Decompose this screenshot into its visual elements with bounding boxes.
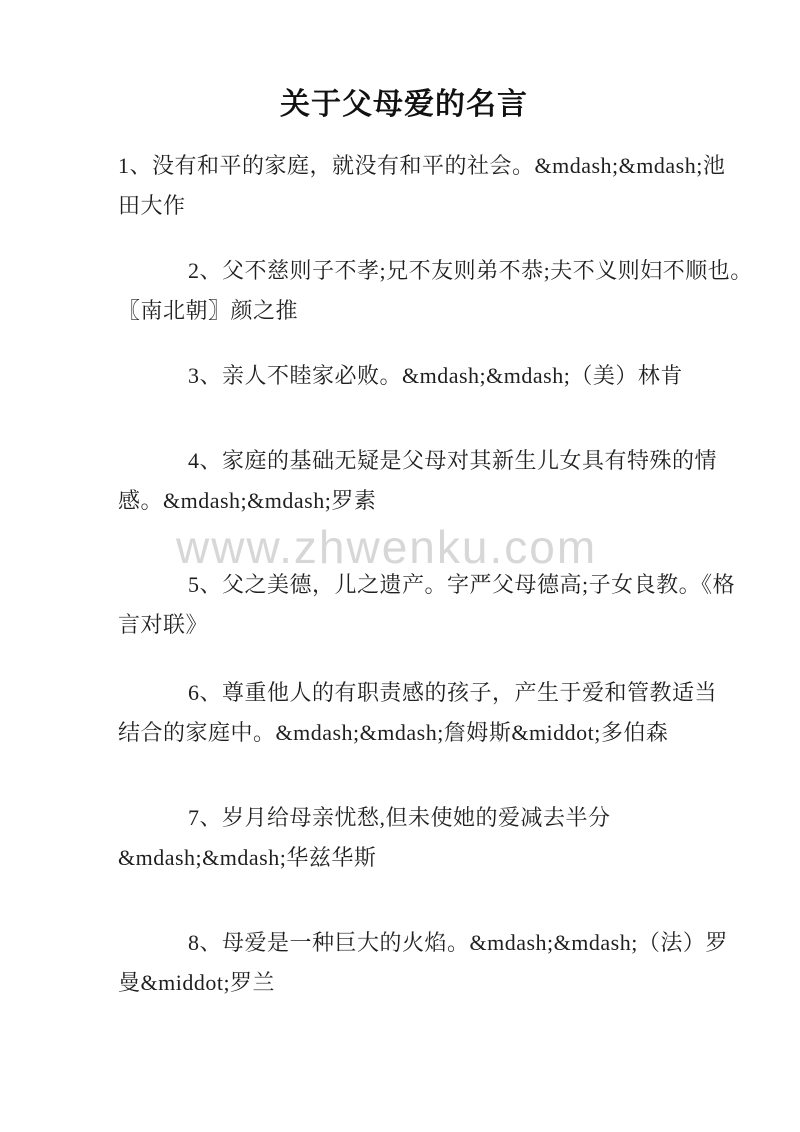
quote-line: 感。&mdash;&mdash;罗素 [118,481,690,521]
quote-line: 5、父之美德，儿之遗产。字严父母德高;子女良教。《格 [118,565,690,605]
quote-line: 7、岁月给母亲忧愁,但未使她的爱减去半分 [118,798,690,838]
quote-line: 1、没有和平的家庭，就没有和平的社会。&mdash;&mdash;池 [118,146,690,186]
site-watermark: www.zhwenku.com [176,524,597,570]
quote-line: 8、母爱是一种巨大的火焰。&mdash;&mdash;（法）罗 [118,923,690,963]
quote-line: 3、亲人不睦家必败。&mdash;&mdash;（美）林肯 [118,356,690,396]
quote-line: 曼&middot;罗兰 [118,963,690,1003]
quote-item-8: 8、母爱是一种巨大的火焰。&mdash;&mdash;（法）罗 曼&middot… [118,923,690,1003]
quote-item-3: 3、亲人不睦家必败。&mdash;&mdash;（美）林肯 [118,356,690,396]
quote-item-6: 6、尊重他人的有职责感的孩子，产生于爱和管教适当 结合的家庭中。&mdash;&… [118,673,690,753]
document-page: 关于父母爱的名言 1、没有和平的家庭，就没有和平的社会。&mdash;&mdas… [0,0,800,1132]
quote-line: 田大作 [118,186,690,226]
quote-line: 结合的家庭中。&mdash;&mdash;詹姆斯&middot;多伯森 [118,713,690,753]
quote-line: 言对联》 [118,605,690,645]
quote-line: 2、父不慈则子不孝;兄不友则弟不恭;夫不义则妇不顺也。 [118,251,690,291]
quote-item-7: 7、岁月给母亲忧愁,但未使她的爱减去半分 &mdash;&mdash;华兹华斯 [118,798,690,878]
page-title: 关于父母爱的名言 [118,86,690,124]
quote-line: 4、家庭的基础无疑是父母对其新生儿女具有特殊的情 [118,441,690,481]
quote-item-1: 1、没有和平的家庭，就没有和平的社会。&mdash;&mdash;池 田大作 [118,146,690,226]
quote-line: 6、尊重他人的有职责感的孩子，产生于爱和管教适当 [118,673,690,713]
quote-item-2: 2、父不慈则子不孝;兄不友则弟不恭;夫不义则妇不顺也。 〖南北朝〗颜之推 [118,251,690,331]
quote-item-5: 5、父之美德，儿之遗产。字严父母德高;子女良教。《格 言对联》 [118,565,690,645]
quote-line: &mdash;&mdash;华兹华斯 [118,838,690,878]
quote-item-4: 4、家庭的基础无疑是父母对其新生儿女具有特殊的情 感。&mdash;&mdash… [118,441,690,521]
quote-line: 〖南北朝〗颜之推 [118,291,690,331]
